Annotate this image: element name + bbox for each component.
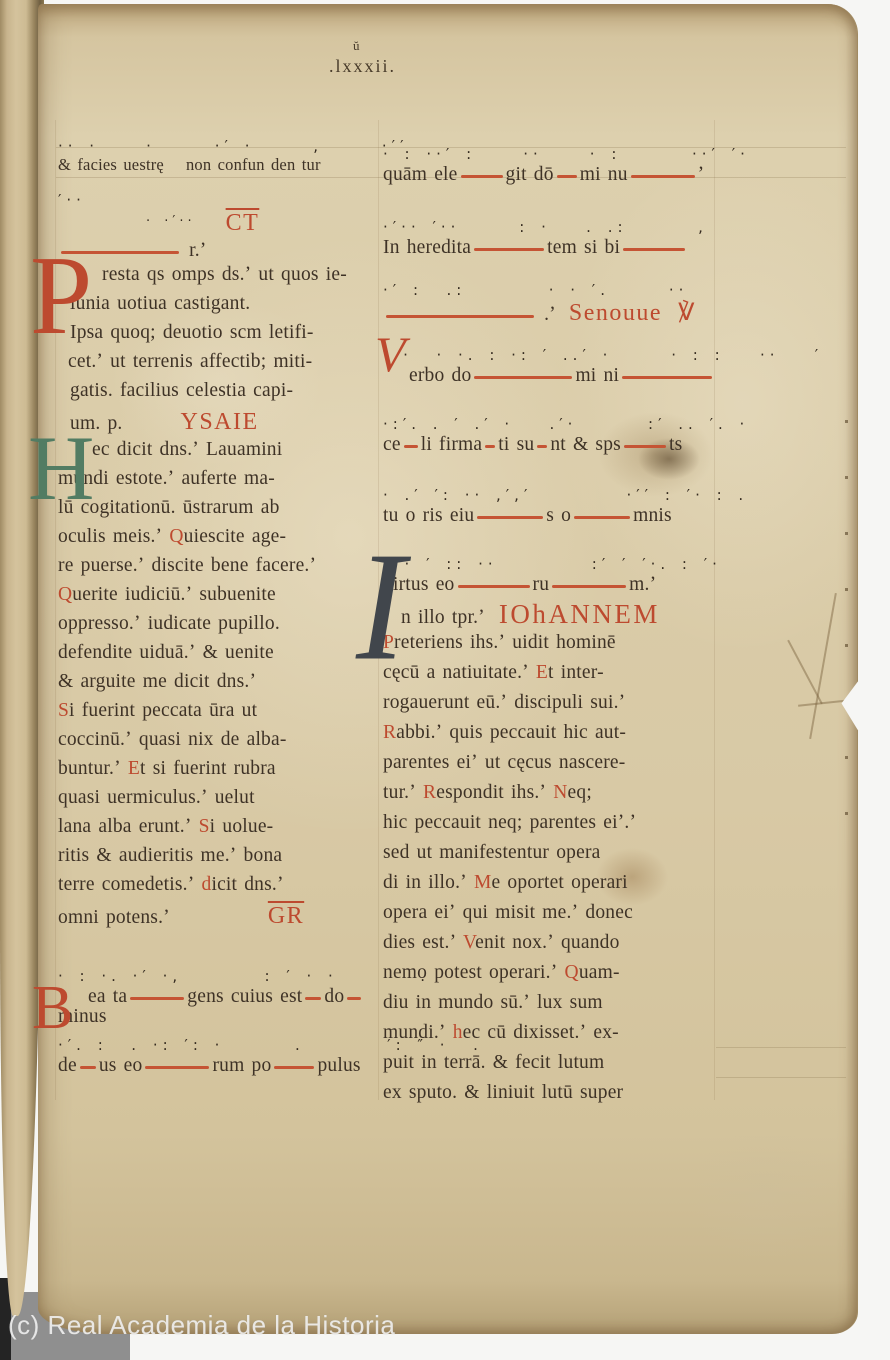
text-run: terre comedetis.ʼ <box>58 874 202 895</box>
text-run: Q <box>58 584 72 605</box>
text-run: & facies uestrę <box>58 155 164 174</box>
text-line: Rabbi.ʼ quis peccauit hic aut- <box>383 723 719 753</box>
text-run: ru <box>533 574 550 595</box>
neume-line: . · ′ :: ·· :′ ′ ′·. : ′· <box>383 532 719 575</box>
text-run: sed ut manifestentur opera <box>383 842 601 863</box>
text-line: & facies uestręnon confun den tur <box>58 157 376 184</box>
chant-extension-line <box>347 997 361 1000</box>
text-line: mundi.ʼ hec cū dixisset.ʼ ex- <box>383 1023 719 1053</box>
text-run: uerite iudiciū.ʼ subuenite <box>72 584 276 605</box>
text-run: .ʼ <box>537 304 563 325</box>
text-run: omni potens.ʼ <box>58 907 170 928</box>
initial-B-gradual: B <box>32 984 73 1034</box>
text-run: gens cuius est <box>187 986 302 1007</box>
text-run: R <box>423 782 436 803</box>
text-run: mi nu <box>580 164 628 185</box>
text-run: do <box>324 986 344 1007</box>
manuscript-photo: ŭ .lxxxii. ·· · · ·′ · , ·′′& facies ues… <box>0 0 890 1360</box>
text-line: sed ut manifestentur opera <box>383 843 719 873</box>
text-run: & arguite me dicit dns.ʼ <box>58 671 256 692</box>
chant-extension-line <box>461 175 503 178</box>
text-line: dies est.ʼ Venit nox.ʼ quando <box>383 933 719 963</box>
text-line: re puerse.ʼ discite bene facere.ʼ <box>58 556 376 585</box>
text-run: s o <box>546 505 571 526</box>
text-run: nemo potest operari.ʼ <box>383 962 565 983</box>
neume-line: · : ··′ : ·· · : ··′ ′· <box>383 126 719 165</box>
chant-extension-line <box>485 445 495 448</box>
text-run: erbo do <box>409 365 471 386</box>
text-run: ts <box>669 434 682 455</box>
text-run: resta qs omps ds.ʼ ut quos ie- <box>102 264 347 285</box>
text-run: ea ta <box>88 986 127 1007</box>
text-run: re puerse.ʼ discite bene facere.ʼ <box>58 555 316 576</box>
text-run: M <box>474 872 492 893</box>
text-run: Q <box>565 962 579 983</box>
text-run: li firma <box>421 434 483 455</box>
text-line: diu in mundo sū.ʼ lux sum <box>383 993 719 1023</box>
initial-P-collect: P <box>30 252 92 342</box>
text-line: .ʼ Senouue℣ <box>383 301 719 331</box>
text-line: uirtus eorum.ʼ <box>383 575 719 601</box>
chant-extension-line <box>474 248 544 251</box>
chant-extension-line <box>274 1066 314 1069</box>
chant-extension-line <box>622 376 712 379</box>
text-line: Si fuerint peccata ūra ut <box>58 701 376 730</box>
text-run: ec dicit dns.ʼ Lauamini <box>92 439 282 460</box>
neume-line: · : ·. ·′ ·, : ′ · · . <box>58 934 376 987</box>
text-run: ce <box>383 434 401 455</box>
text-run: h <box>453 1022 463 1043</box>
text-run: Ipsa quoq; deuotio scm letifi- <box>70 322 314 343</box>
text-run: abbi.ʼ quis peccauit hic aut- <box>396 722 626 743</box>
ruling-line <box>716 1047 846 1048</box>
text-run: pulus <box>317 1055 360 1076</box>
rubric-text: · ·′·· <box>146 214 196 229</box>
text-line: In hereditatem si bi <box>383 238 719 264</box>
text-run: non confun den tur <box>186 155 321 174</box>
text-run: n illo tpr.ʼ <box>401 607 485 628</box>
text-run: r.ʼ <box>182 240 206 261</box>
text-line: ritis & audieritis me.ʼ bona <box>58 846 376 875</box>
text-run: ritis & audieritis me.ʼ bona <box>58 845 282 866</box>
text-line: coccinū.ʼ quasi nix de alba- <box>58 730 376 759</box>
text-line: tur.ʼ Respondit ihs.ʼ Neq; <box>383 783 719 813</box>
text-run: i fuerint peccata ūra ut <box>69 700 257 721</box>
text-run: de <box>58 1055 77 1076</box>
rubric-text: GR <box>268 903 304 929</box>
text-run: diu in mundo sū.ʼ lux sum <box>383 992 603 1013</box>
chant-extension-line <box>474 376 572 379</box>
neume-line: ·′·· ′·· : · . .: , <box>383 191 719 238</box>
text-line: parentes eiʼ ut cęcus nascere- <box>383 753 719 783</box>
text-line: mundi estote.ʼ auferte ma- <box>58 469 376 498</box>
rubric-text: YSAIE <box>181 409 259 435</box>
text-line: nemo potest operari.ʼ Quam- <box>383 963 719 993</box>
text-run: iunia uotiua castigant. <box>70 293 250 314</box>
text-run: gatis. facilius celestia capi- <box>70 380 293 401</box>
left-text-column: ·· · · ·′ · , ·′′& facies uestręnon conf… <box>58 126 376 1084</box>
right-text-column: · : ··′ : ·· · : ··′ ′·quām elegit dōmi … <box>383 126 719 1113</box>
text-line: erbo domi ni <box>383 366 719 392</box>
text-run: icit dns.ʼ <box>211 874 283 895</box>
text-run: tem si bi <box>547 237 620 258</box>
chant-extension-line <box>574 516 630 519</box>
chant-extension-line <box>557 175 577 178</box>
text-line: lū cogitationū. ūstrarum ab <box>58 498 376 527</box>
text-line: lana alba erunt.ʼ Si uolue- <box>58 817 376 846</box>
text-run: mnis <box>633 505 672 526</box>
text-run: lana alba erunt.ʼ <box>58 816 199 837</box>
text-line: oppresso.ʼ iudicate pupillo. <box>58 614 376 643</box>
text-run: hic peccauit neq; parentes eiʼ.ʼ <box>383 812 636 833</box>
text-line: gatis. facilius celestia capi- <box>58 381 376 410</box>
text-line: quasi uermiculus.ʼ uelut <box>58 788 376 817</box>
text-run: uam- <box>579 962 620 983</box>
text-run: quasi uermiculus.ʼ uelut <box>58 787 255 808</box>
text-line: · ·′··CT <box>58 211 376 241</box>
neume-line: ·· · · ·′ · , ·′′ <box>58 126 376 157</box>
text-run: oppresso.ʼ iudicate pupillo. <box>58 613 280 634</box>
rubric-text: IOhANNEM <box>499 599 660 629</box>
text-run: git dō <box>506 164 554 185</box>
chant-extension-line <box>305 997 321 1000</box>
initial-H-reading: H <box>28 432 94 506</box>
text-line: celi firmati sunt & spsts <box>383 435 719 461</box>
text-line: quām elegit dōmi nuʼ <box>383 165 719 191</box>
text-run: dies est.ʼ <box>383 932 463 953</box>
text-line: deus eorum populus <box>58 1056 376 1084</box>
rubric-text: Senouue <box>569 300 662 326</box>
neume-line: ·′ : .: · · ′. ·· <box>383 264 719 301</box>
text-run: m.ʼ <box>629 574 656 595</box>
rubric-text: CT <box>226 210 260 236</box>
text-run: In heredita <box>383 237 471 258</box>
text-run: uiescite age- <box>184 526 287 547</box>
text-line: Preteriens ihs.ʼ uidit hominē <box>383 633 719 663</box>
folio-correction-mark: ŭ <box>353 38 360 54</box>
text-line: r.ʼ <box>58 241 376 265</box>
ruling-line <box>716 1077 846 1078</box>
text-line: & arguite me dicit dns.ʼ <box>58 672 376 701</box>
text-run: ti su <box>498 434 534 455</box>
text-line: rogauerunt eū.ʼ discipuli sui.ʼ <box>383 693 719 723</box>
text-line: tu o ris eius omnis <box>383 506 719 532</box>
text-run: espondit ihs.ʼ <box>436 782 553 803</box>
text-run: ec cū dixisset.ʼ ex- <box>463 1022 619 1043</box>
text-line: Ipsa quoq; deuotio scm letifi- <box>58 323 376 352</box>
text-run: opera eiʼ qui misit me.ʼ donec <box>383 902 633 923</box>
text-run: rogauerunt eū.ʼ discipuli sui.ʼ <box>383 692 625 713</box>
initial-V-verse: V <box>375 334 406 374</box>
text-line: ex sputo. & liniuit lutū super <box>383 1083 719 1113</box>
text-run: eq; <box>568 782 592 803</box>
text-run: enit nox.ʼ quando <box>475 932 619 953</box>
text-run: quām ele <box>383 164 458 185</box>
text-line: cęcū a natiuitate.ʼ Et inter- <box>383 663 719 693</box>
text-run: S <box>199 816 210 837</box>
text-run: puit in terrā. & fecit lutum <box>383 1052 604 1073</box>
text-run: d <box>202 874 212 895</box>
text-line: di in illo.ʼ Me oportet operari <box>383 873 719 903</box>
text-line: n illo tpr.ʼIOhANNEM <box>383 601 719 633</box>
text-run: i uolue- <box>210 816 274 837</box>
text-run: mi ni <box>575 365 619 386</box>
chant-extension-line <box>623 248 685 251</box>
text-run: V <box>463 932 475 953</box>
chant-extension-line <box>458 585 530 588</box>
neume-line: ′·· <box>58 184 376 211</box>
text-run: coccinū.ʼ quasi nix de alba- <box>58 729 287 750</box>
chant-extension-line <box>404 445 418 448</box>
text-line: ec dicit dns.ʼ Lauamini <box>58 440 376 469</box>
chant-extension-line <box>145 1066 209 1069</box>
chant-extension-line <box>130 997 184 1000</box>
neume-line: ·:′. . ′ .′ · .′· :′ .. ′. · <box>383 392 719 435</box>
text-run: Q <box>169 526 183 547</box>
chant-extension-line <box>624 445 666 448</box>
pricking-holes <box>845 420 848 850</box>
text-line: cet.ʼ ut terrenis affectib; miti- <box>58 352 376 381</box>
text-run: rum po <box>212 1055 271 1076</box>
text-run: cet.ʼ ut terrenis affectib; miti- <box>68 351 312 372</box>
text-run: buntur.ʼ <box>58 758 128 779</box>
text-line: opera eiʼ qui misit me.ʼ donec <box>383 903 719 933</box>
text-line: resta qs omps ds.ʼ ut quos ie- <box>58 265 376 294</box>
text-line: terre comedetis.ʼ dicit dns.ʼ <box>58 875 376 904</box>
text-run: t inter- <box>548 662 604 683</box>
text-run: e oportet operari <box>491 872 627 893</box>
chant-extension-line <box>477 516 543 519</box>
neume-line: · .′ ′: ·· ,′,′ ·′′ : ′· : . <box>383 461 719 506</box>
chant-extension-line <box>386 315 534 318</box>
text-line: um. p.YSAIE <box>58 410 376 440</box>
text-run: ex sputo. & liniuit lutū super <box>383 1082 623 1103</box>
text-run: S <box>58 700 69 721</box>
text-run: E <box>536 662 548 683</box>
text-line: puit in terrā. & fecit lutum <box>383 1053 719 1083</box>
neume-line: ′ · · ·. : ·: ′ ..′ · · : : ·· ′ <box>383 331 719 366</box>
chant-extension-line <box>631 175 695 178</box>
text-run: mundi.ʼ <box>383 1022 453 1043</box>
initial-I-gospel: I <box>356 545 405 669</box>
institution-watermark: (c) Real Academia de la Historia <box>8 1310 395 1341</box>
text-line: Querite iudiciū.ʼ subuenite <box>58 585 376 614</box>
text-run: di in illo.ʼ <box>383 872 474 893</box>
text-run: defendite uiduā.ʼ & uenite <box>58 642 274 663</box>
chant-extension-line <box>80 1066 96 1069</box>
folio-number: .lxxxii. <box>329 56 396 77</box>
text-run: t si fuerint rubra <box>140 758 276 779</box>
text-run: oculis meis.ʼ <box>58 526 169 547</box>
text-line: defendite uiduā.ʼ & uenite <box>58 643 376 672</box>
rubric-text: ℣ <box>678 300 696 326</box>
text-line: hic peccauit neq; parentes eiʼ.ʼ <box>383 813 719 843</box>
text-run: E <box>128 758 140 779</box>
text-run: cęcū a natiuitate.ʼ <box>383 662 536 683</box>
text-run: ʼ <box>698 164 705 185</box>
text-run: nt & sps <box>550 434 621 455</box>
text-run: us eo <box>99 1055 143 1076</box>
text-run: tur.ʼ <box>383 782 423 803</box>
text-line: iunia uotiua castigant. <box>58 294 376 323</box>
text-run: R <box>383 722 396 743</box>
text-run: N <box>553 782 567 803</box>
chant-extension-line <box>537 445 547 448</box>
text-line: buntur.ʼ Et si fuerint rubra <box>58 759 376 788</box>
chant-extension-line <box>552 585 626 588</box>
text-line: oculis meis.ʼ Quiescite age- <box>58 527 376 556</box>
text-line: ea tagens cuius estdominus <box>58 987 376 1015</box>
text-run: parentes eiʼ ut cęcus nascere- <box>383 752 625 773</box>
text-run: reteriens ihs.ʼ uidit hominē <box>394 632 616 653</box>
text-line: omni potens.ʼGR <box>58 904 376 934</box>
